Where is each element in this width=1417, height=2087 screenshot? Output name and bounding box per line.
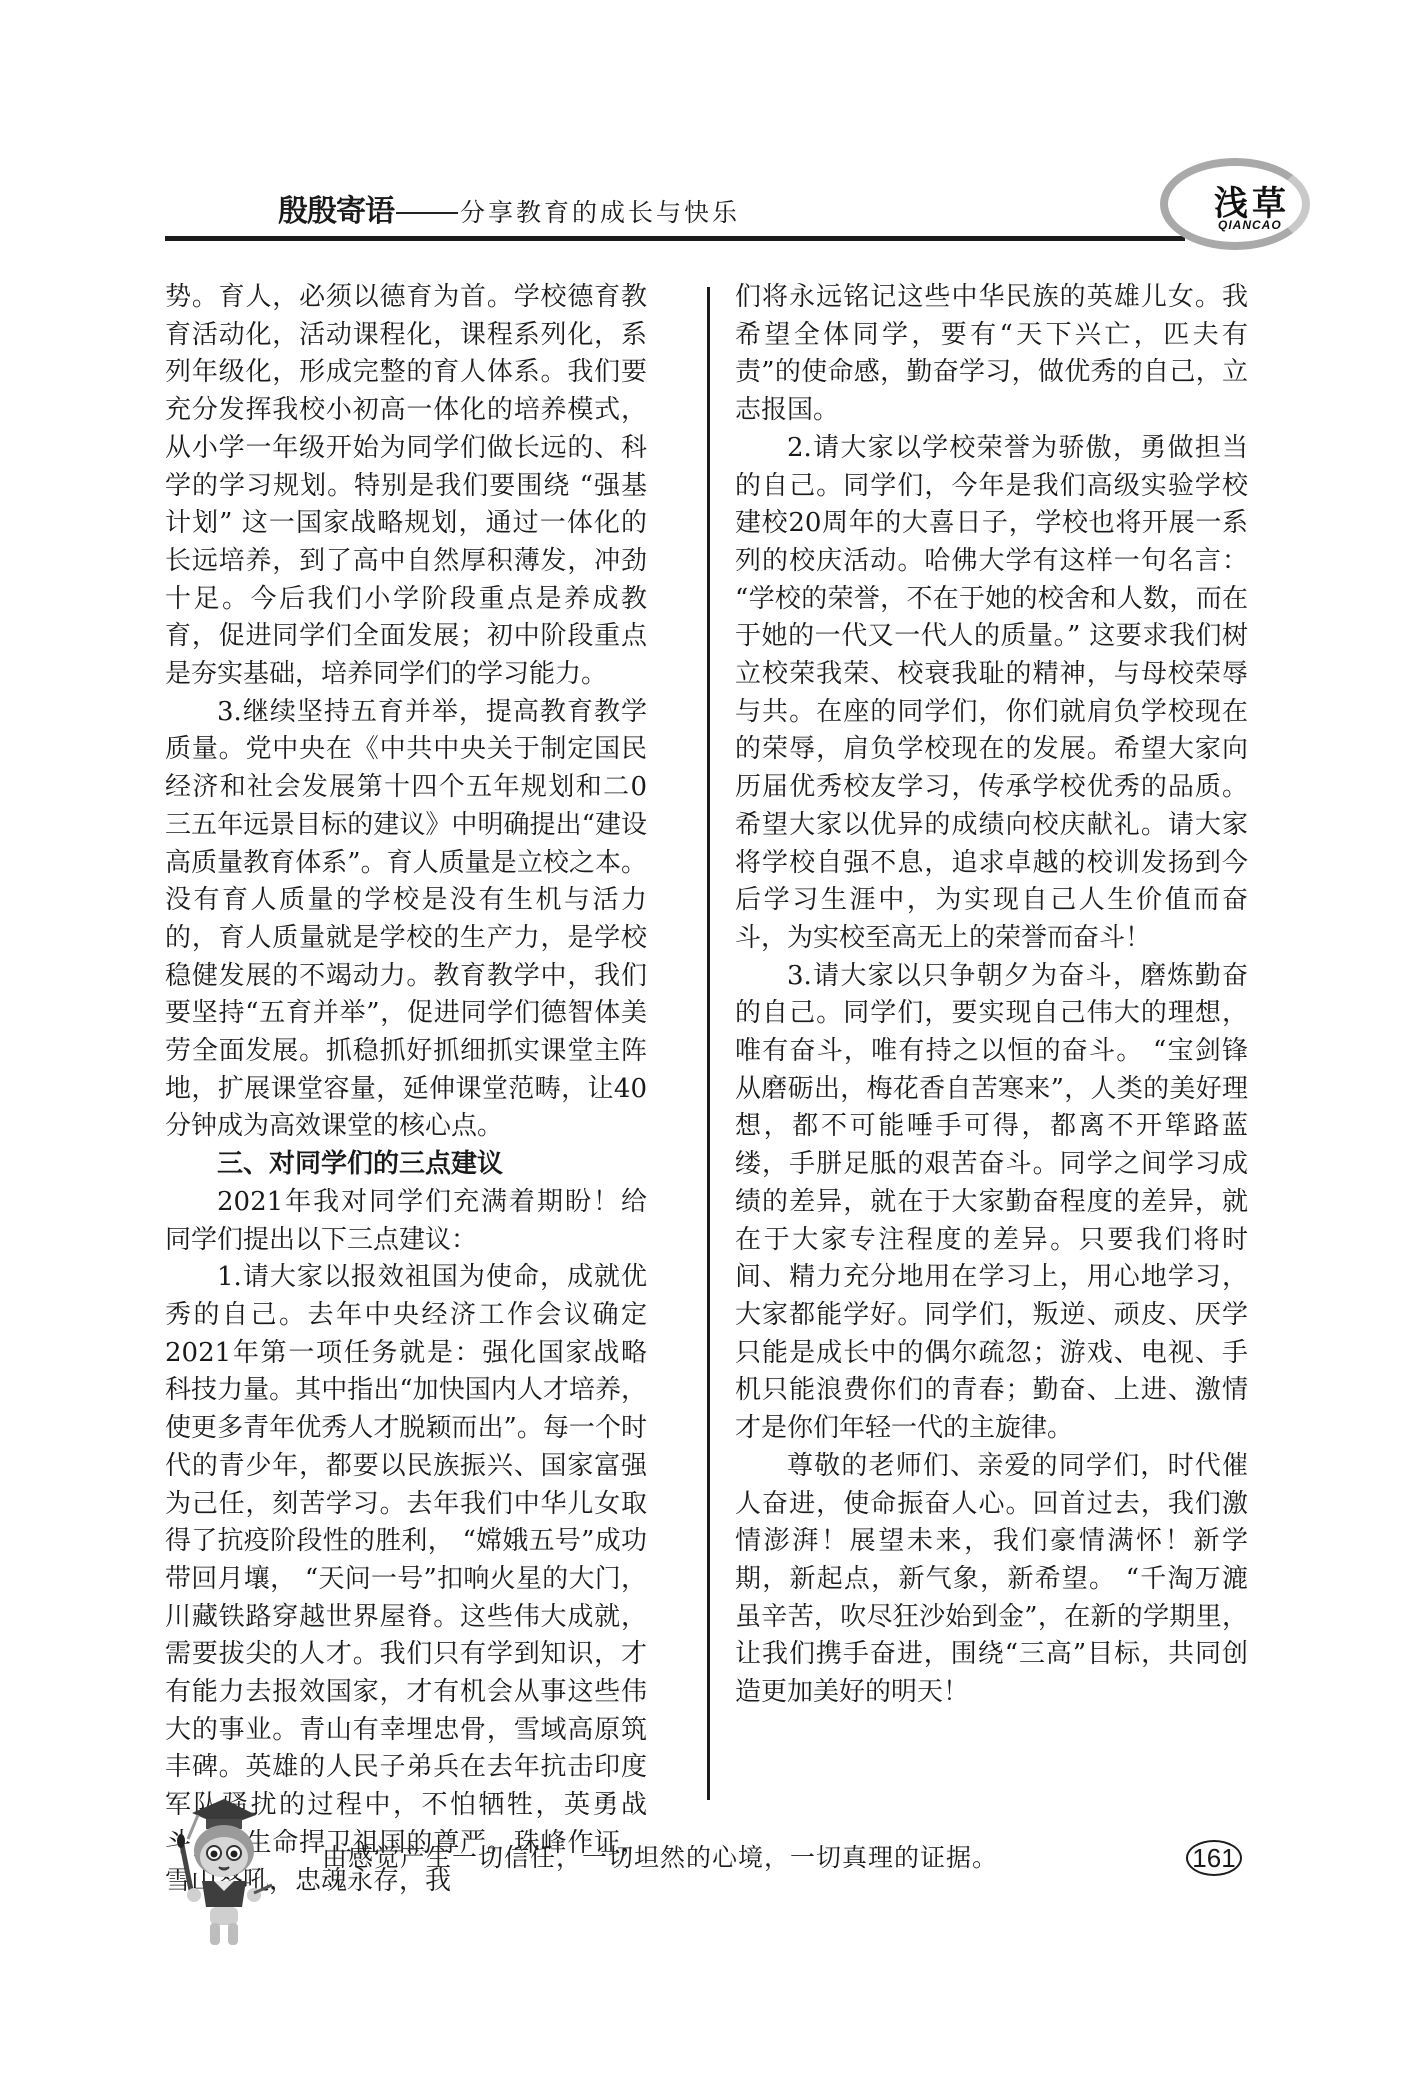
paragraph: 2021年我对同学们充满着期盼！给同学们提出以下三点建议： xyxy=(165,1184,647,1259)
paragraph: 3.请大家以只争朝夕为奋斗，磨炼勤奋的自己。同学们，要实现自己伟大的理想，唯有奋… xyxy=(735,958,1248,1448)
column-title: 殷殷寄语 xyxy=(278,194,394,229)
paragraph: 势。育人，必须以德育为首。学校德育教育活动化，活动课程化，课程系列化，系列年级化… xyxy=(165,279,647,694)
paragraph: 2.请大家以学校荣誉为骄傲，勇做担当的自己。同学们，今年是我们高级实验学校建校2… xyxy=(735,430,1248,958)
page-number: 161 xyxy=(1186,1840,1242,1876)
paragraph: 3.继续坚持五育并举，提高教育教学质量。党中央在《中共中央关于制定国民经济和社会… xyxy=(165,694,647,1146)
column-subtitle: 分享教育的成长与快乐 xyxy=(460,198,740,227)
header-rule xyxy=(165,236,1185,241)
qiancao-logo: 浅草 QIANCAO xyxy=(1160,158,1310,253)
paragraph: 们将永远铭记这些中华民族的英雄儿女。我希望全体同学，要有“天下兴亡，匹夫有责”的… xyxy=(735,279,1248,430)
paragraph: 尊敬的老师们、亲爱的同学们，时代催人奋进，使命振奋人心。回首过去，我们激情澎湃！… xyxy=(735,1448,1248,1712)
logo-latin-text: QIANCAO xyxy=(1218,218,1282,232)
column-divider xyxy=(707,287,710,1800)
left-column: 势。育人，必须以德育为首。学校德育教育活动化，活动课程化，课程系列化，系列年级化… xyxy=(165,279,647,1900)
em-dash-divider xyxy=(396,212,458,214)
running-header: 殷殷寄语分享教育的成长与快乐 xyxy=(278,186,740,230)
graduate-mascot-icon xyxy=(162,1795,282,1955)
footer-quote: 由感觉产生一切信任，一切坦然的心境，一切真理的证据。 xyxy=(322,1838,998,1874)
section-heading: 三、对同学们的三点建议 xyxy=(165,1146,647,1184)
right-column: 们将永远铭记这些中华民族的英雄儿女。我希望全体同学，要有“天下兴亡，匹夫有责”的… xyxy=(735,279,1248,1712)
